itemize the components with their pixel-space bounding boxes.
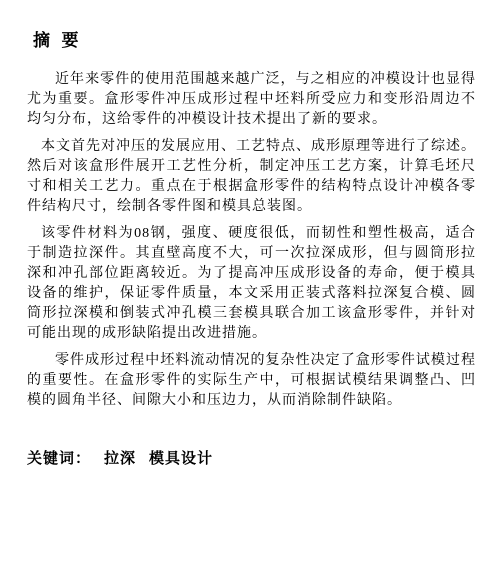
abstract-title: 摘 要 bbox=[33, 30, 476, 52]
keyword-term: 模具设计 bbox=[149, 449, 213, 469]
keyword-term: 拉深 bbox=[104, 449, 136, 469]
keywords-label: 关键词： bbox=[27, 449, 91, 469]
abstract-paragraph-3: 该零件材料为08钢，强度、硬度很低，而韧性和塑性极高，适合于制造拉深件。其直壁高… bbox=[27, 224, 476, 344]
abstract-paragraph-2: 本文首先对冲压的发展应用、工艺特点、成形原理等进行了综述。然后对该盒形件展开工艺… bbox=[27, 137, 476, 217]
abstract-page: 摘 要 近年来零件的使用范围越来越广泛，与之相应的冲模设计也显得尤为重要。盒形零… bbox=[0, 0, 502, 582]
abstract-paragraph-1: 近年来零件的使用范围越来越广泛，与之相应的冲模设计也显得尤为重要。盒形零件冲压成… bbox=[27, 70, 476, 130]
abstract-paragraph-4: 零件成形过程中坯料流动情况的复杂性决定了盒形零件试模过程的重要性。在盒形零件的实… bbox=[27, 351, 476, 411]
keywords-row: 关键词： 拉深 模具设计 bbox=[27, 449, 476, 469]
